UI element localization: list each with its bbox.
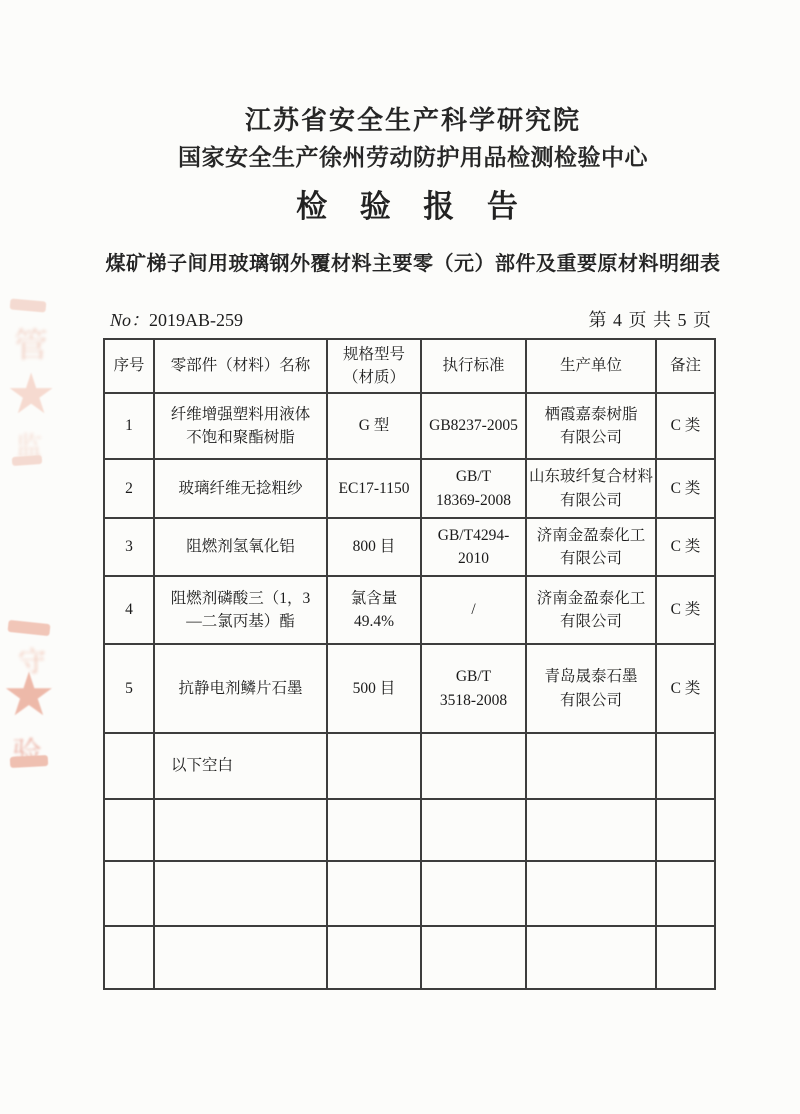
table-row-blank-marker: 以下空白 bbox=[104, 733, 715, 799]
cell-name: 阻燃剂磷酸三（1，3 —二氯丙基）酯 bbox=[154, 576, 327, 644]
cell-producer bbox=[526, 861, 656, 926]
cell-producer: 济南金盈泰化工 有限公司 bbox=[526, 518, 656, 576]
org-name-line1: 江苏省安全生产科学研究院 bbox=[0, 104, 800, 137]
cell-remark: C 类 bbox=[656, 518, 715, 576]
cell-name: 抗静电剂鳞片石墨 bbox=[154, 644, 327, 733]
scanned-report-page: { "header": { "org_line1": "江苏省安全生产科学研究院… bbox=[0, 0, 800, 1114]
cell-name bbox=[154, 861, 327, 926]
org-name-line2: 国家安全生产徐州劳动防护用品检测检验中心 bbox=[0, 143, 800, 172]
cell-serial: 1 bbox=[104, 393, 154, 459]
stamp-character: 监 bbox=[16, 426, 42, 463]
header-cell-name: 零部件（材料）名称 bbox=[154, 339, 327, 393]
meta-line: No：2019AB-259 第 4 页 共 5 页 bbox=[110, 306, 712, 334]
cell-standard: / bbox=[421, 576, 526, 644]
cell-spec bbox=[327, 861, 421, 926]
header-cell-remark: 备注 bbox=[656, 339, 715, 393]
table-row: 5 抗静电剂鳞片石墨 500 目 GB/T 3518-2008 青岛晟泰石墨 有… bbox=[104, 644, 715, 733]
red-stamp-fragment-upper: 管 ★ 监 bbox=[6, 296, 54, 476]
report-number: No：2019AB-259 bbox=[110, 306, 243, 332]
cell-standard: GB/T 18369-2008 bbox=[421, 459, 526, 518]
cell-serial bbox=[104, 926, 154, 989]
cell-remark bbox=[656, 799, 715, 861]
cell-spec bbox=[327, 926, 421, 989]
cell-standard bbox=[421, 926, 526, 989]
cell-spec: 氯含量 49.4% bbox=[327, 576, 421, 644]
cell-serial: 2 bbox=[104, 459, 154, 518]
table-row-empty bbox=[104, 926, 715, 989]
header-cell-serial: 序号 bbox=[104, 339, 154, 393]
star-icon: ★ bbox=[2, 660, 56, 730]
star-icon: ★ bbox=[6, 362, 56, 427]
cell-standard bbox=[421, 861, 526, 926]
table-header-row: 序号 零部件（材料）名称 规格型号 （材质） 执行标准 生产单位 备注 bbox=[104, 339, 715, 393]
cell-remark: C 类 bbox=[656, 576, 715, 644]
cell-producer: 济南金盈泰化工 有限公司 bbox=[526, 576, 656, 644]
stamp-character: 管 bbox=[14, 318, 48, 367]
cell-name: 以下空白 bbox=[154, 733, 327, 799]
red-stamp-fragment-lower: 守 ★ 验 bbox=[4, 616, 56, 781]
table-row: 4 阻燃剂磷酸三（1，3 —二氯丙基）酯 氯含量 49.4% / 济南金盈泰化工… bbox=[104, 576, 715, 644]
report-number-label: No： bbox=[110, 310, 149, 330]
header-cell-spec: 规格型号 （材质） bbox=[327, 339, 421, 393]
cell-name bbox=[154, 926, 327, 989]
report-title: 检 验 报 告 bbox=[0, 188, 800, 225]
cell-standard: GB/T4294-2010 bbox=[421, 518, 526, 576]
cell-producer: 山东玻纤复合材料 有限公司 bbox=[526, 459, 656, 518]
cell-producer: 栖霞嘉泰树脂 有限公司 bbox=[526, 393, 656, 459]
table-row-empty bbox=[104, 799, 715, 861]
stamp-character: 验 bbox=[12, 728, 42, 772]
cell-producer: 青岛晟泰石墨 有限公司 bbox=[526, 644, 656, 733]
cell-name: 纤维增强塑料用液体 不饱和聚酯树脂 bbox=[154, 393, 327, 459]
cell-spec bbox=[327, 733, 421, 799]
stamp-bar bbox=[12, 455, 43, 466]
stamp-bar bbox=[10, 755, 49, 768]
cell-serial bbox=[104, 733, 154, 799]
cell-remark bbox=[656, 861, 715, 926]
cell-producer bbox=[526, 926, 656, 989]
cell-standard: GB/T 3518-2008 bbox=[421, 644, 526, 733]
cell-standard bbox=[421, 733, 526, 799]
report-subtitle: 煤矿梯子间用玻璃钢外覆材料主要零（元）部件及重要原材料明细表 bbox=[0, 251, 800, 277]
cell-spec: 500 目 bbox=[327, 644, 421, 733]
cell-serial: 4 bbox=[104, 576, 154, 644]
cell-name: 玻璃纤维无捻粗纱 bbox=[154, 459, 327, 518]
cell-standard: GB8237-2005 bbox=[421, 393, 526, 459]
cell-spec: G 型 bbox=[327, 393, 421, 459]
header-cell-producer: 生产单位 bbox=[526, 339, 656, 393]
cell-serial bbox=[104, 861, 154, 926]
cell-spec bbox=[327, 799, 421, 861]
cell-remark: C 类 bbox=[656, 459, 715, 518]
cell-serial: 5 bbox=[104, 644, 154, 733]
cell-spec: 800 目 bbox=[327, 518, 421, 576]
cell-name: 阻燃剂氢氧化铝 bbox=[154, 518, 327, 576]
cell-name bbox=[154, 799, 327, 861]
parts-materials-table: 序号 零部件（材料）名称 规格型号 （材质） 执行标准 生产单位 备注 1 纤维… bbox=[103, 338, 716, 990]
report-number-value: 2019AB-259 bbox=[149, 310, 243, 330]
table-row: 2 玻璃纤维无捻粗纱 EC17-1150 GB/T 18369-2008 山东玻… bbox=[104, 459, 715, 518]
cell-serial: 3 bbox=[104, 518, 154, 576]
cell-remark: C 类 bbox=[656, 644, 715, 733]
header-cell-standard: 执行标准 bbox=[421, 339, 526, 393]
cell-producer bbox=[526, 799, 656, 861]
cell-remark bbox=[656, 926, 715, 989]
page-indicator: 第 4 页 共 5 页 bbox=[589, 306, 713, 332]
cell-remark: C 类 bbox=[656, 393, 715, 459]
cell-standard bbox=[421, 799, 526, 861]
cell-producer bbox=[526, 733, 656, 799]
cell-remark bbox=[656, 733, 715, 799]
table-row-empty bbox=[104, 861, 715, 926]
stamp-character: 守 bbox=[18, 640, 46, 680]
table-row: 1 纤维增强塑料用液体 不饱和聚酯树脂 G 型 GB8237-2005 栖霞嘉泰… bbox=[104, 393, 715, 459]
cell-spec: EC17-1150 bbox=[327, 459, 421, 518]
stamp-bar bbox=[7, 620, 50, 636]
stamp-bar bbox=[10, 298, 47, 312]
cell-serial bbox=[104, 799, 154, 861]
table-row: 3 阻燃剂氢氧化铝 800 目 GB/T4294-2010 济南金盈泰化工 有限… bbox=[104, 518, 715, 576]
